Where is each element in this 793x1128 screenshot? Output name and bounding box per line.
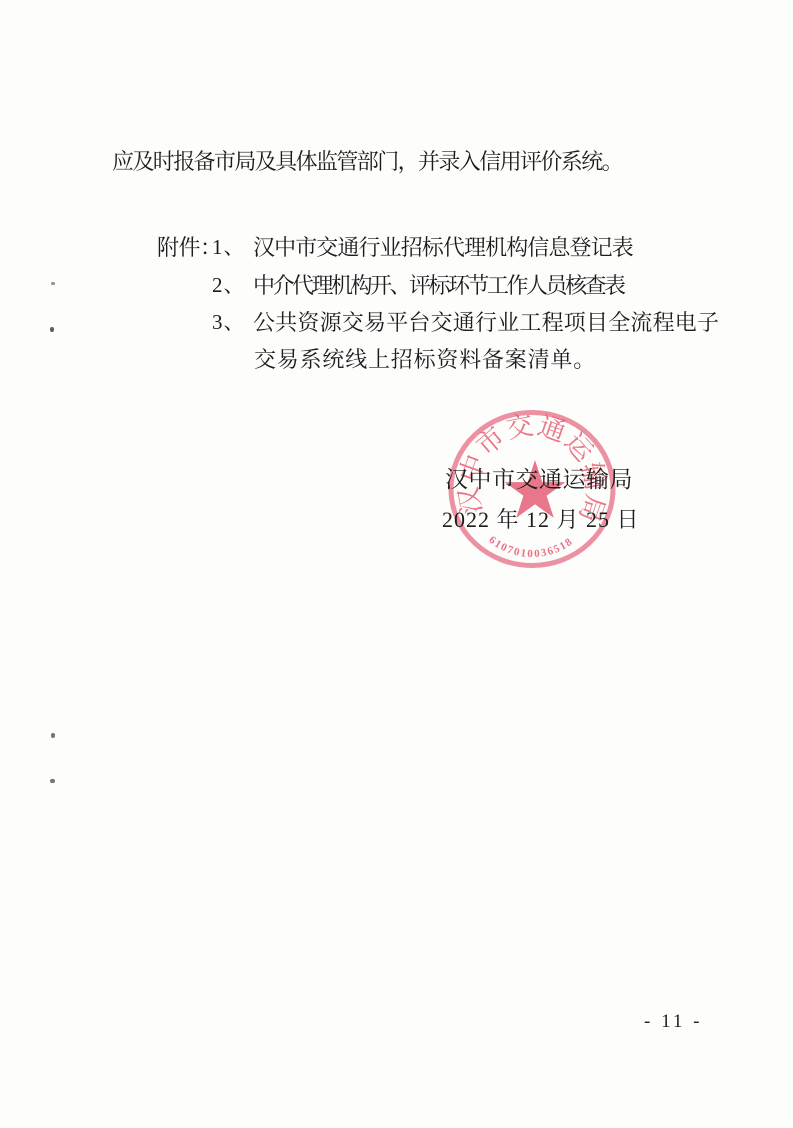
attachment-3-number: 3、 bbox=[212, 306, 246, 336]
scan-speck bbox=[50, 327, 54, 332]
attachment-2-number: 2、 bbox=[212, 269, 246, 299]
body-paragraph: 应及时报备市局及具体监管部门，并录入信用评价系统。 bbox=[112, 149, 622, 175]
attachment-2-title: 中介代理机构开、评标环节工作人员核查表 bbox=[253, 269, 624, 300]
scan-speck bbox=[51, 282, 55, 285]
page-number: - 11 - bbox=[644, 1011, 702, 1033]
attachment-3-title-line2: 交易系统线上招标资料备案清单。 bbox=[254, 343, 596, 374]
attachment-1-title: 汉中市交通行业招标代理机构信息登记表 bbox=[253, 231, 633, 262]
scan-speck bbox=[51, 733, 55, 738]
signature-date: 2022 年 12 月 25 日 bbox=[442, 503, 640, 534]
attachment-1-number: 1、 bbox=[212, 231, 246, 261]
scan-speck bbox=[50, 779, 55, 783]
document-page: 应及时报备市局及具体监管部门，并录入信用评价系统。 附件： 1、 汉中市交通行业… bbox=[0, 0, 793, 1128]
seal-number: 6107010036518 bbox=[486, 534, 575, 560]
signature-organization: 汉中市交通运输局 bbox=[445, 461, 633, 494]
attachment-3-title-line1: 公共资源交易平台交通行业工程项目全流程电子 bbox=[253, 306, 719, 337]
